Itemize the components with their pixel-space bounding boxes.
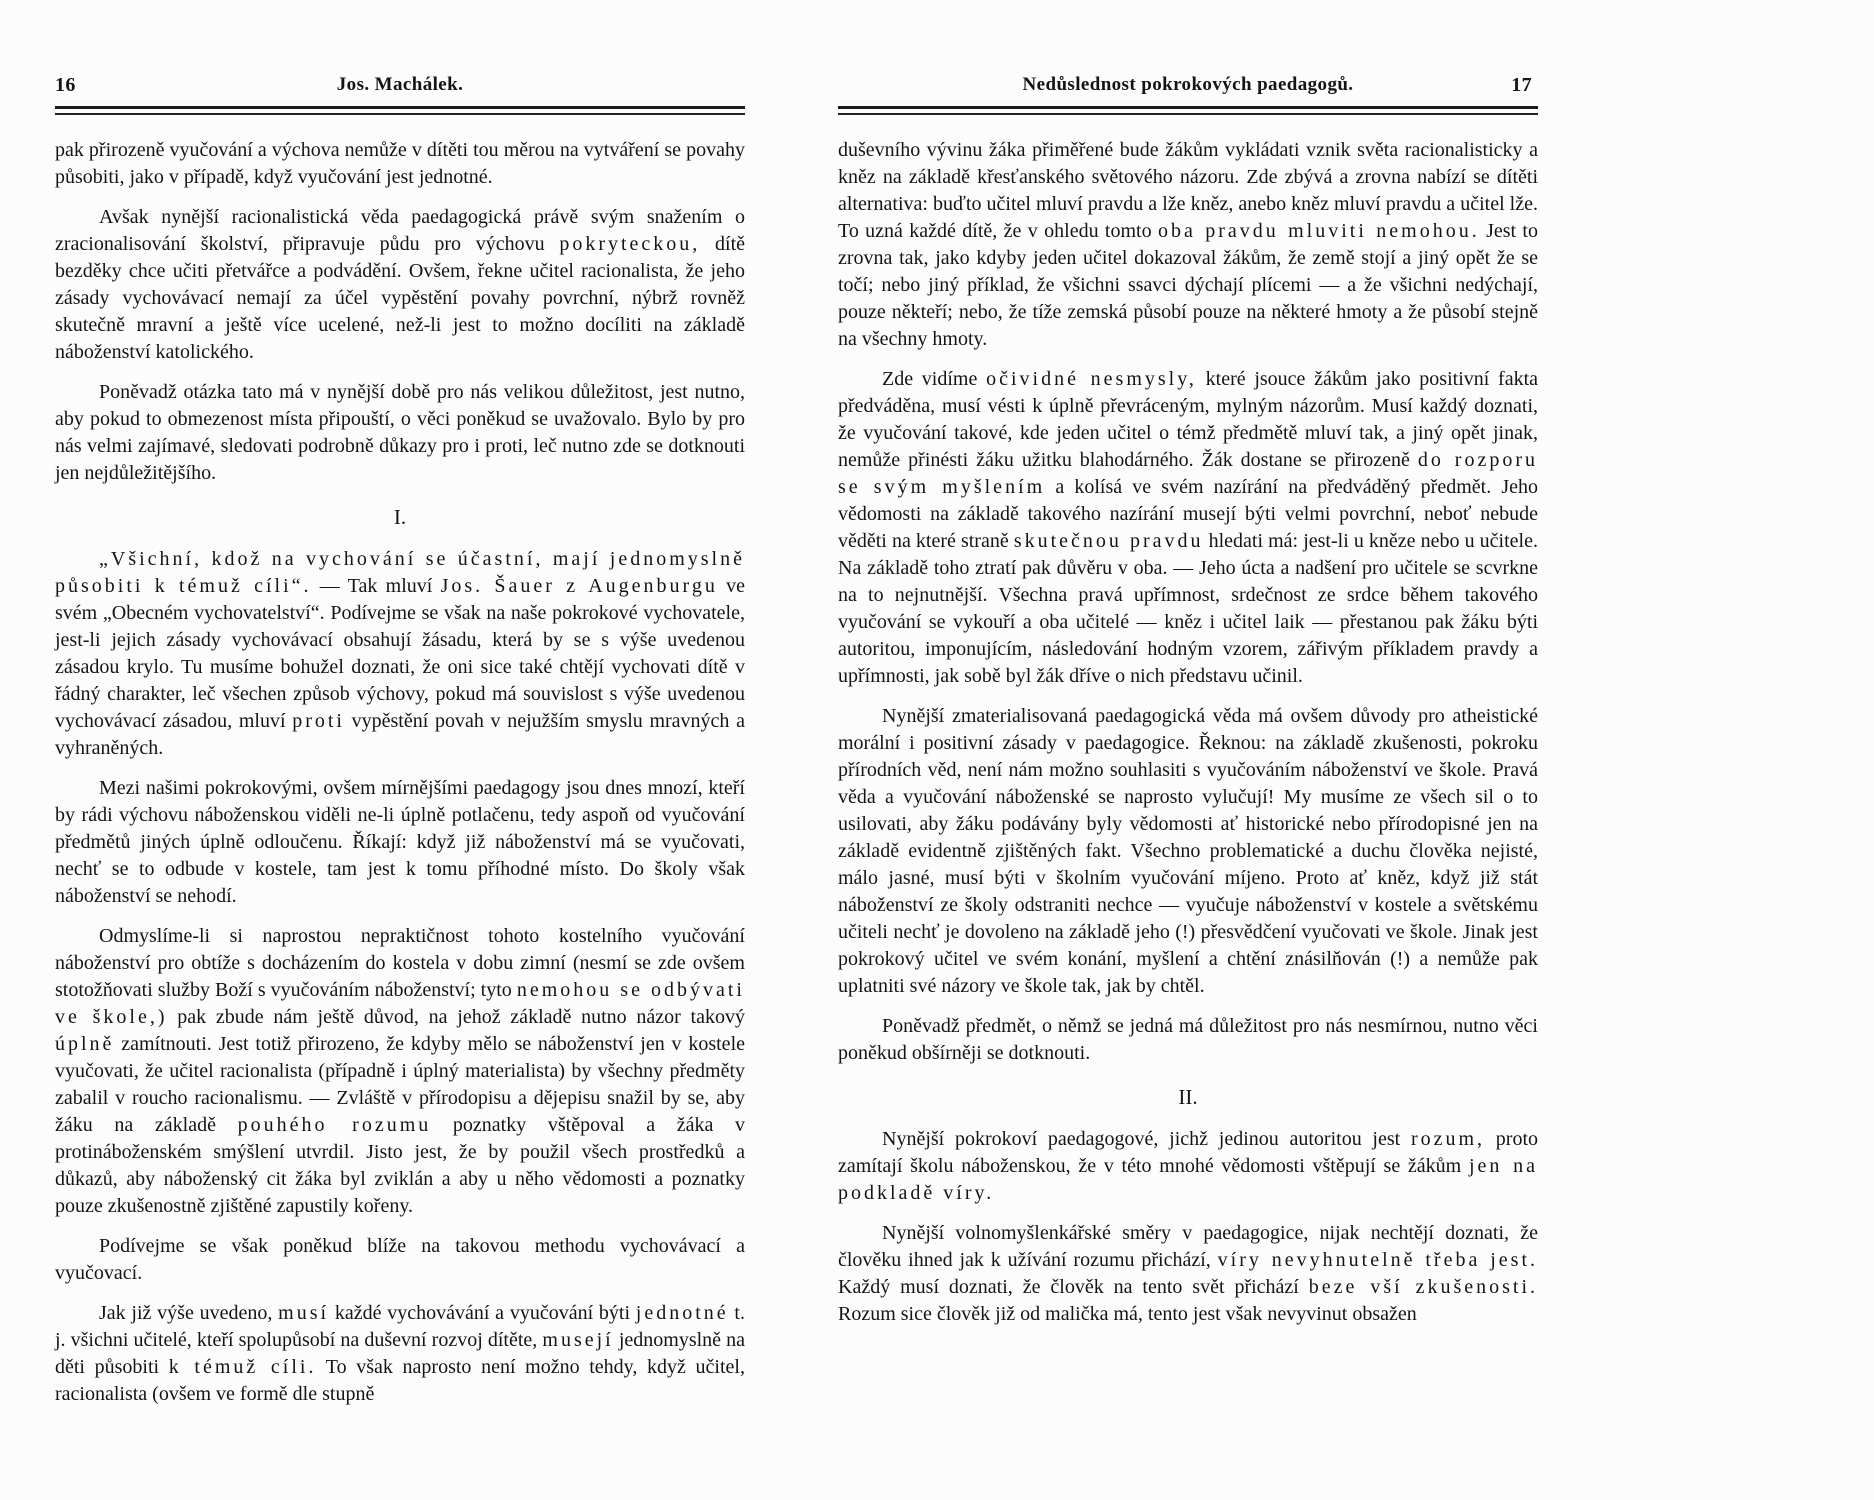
- text-run: Zde vidíme: [882, 368, 986, 390]
- left-page-body: pak přirozeně vyučování a výchova nemůže…: [55, 137, 745, 1408]
- paragraph: Nynější zmaterialisovaná paedagogická vě…: [838, 703, 1538, 1000]
- paragraph: Jak již výše uvedeno, musí každé vychová…: [55, 1300, 745, 1408]
- paragraph: „Všichní, kdož na vychování se účastní, …: [55, 546, 745, 762]
- paragraph: Poněvadž předmět, o němž se jedná má důl…: [838, 1013, 1538, 1067]
- text-run: Každý musí doznati, že člověk na tento s…: [838, 1276, 1309, 1298]
- text-run: Jak již výše uvedeno,: [99, 1302, 278, 1324]
- letter-spaced-emphasis: pokryteckou,: [559, 233, 700, 255]
- text-run: Nynější pokrokoví paedagogové, jichž jed…: [882, 1128, 1411, 1150]
- paragraph: Poněvadž otázka tato má v nynější době p…: [55, 379, 745, 487]
- section-heading: I.: [55, 504, 745, 531]
- letter-spaced-emphasis: víry nevyhnutelně třeba jest.: [1218, 1249, 1538, 1271]
- right-page-body: duševního vývinu žáka přiměřené bude žák…: [838, 137, 1538, 1328]
- paragraph: Podívejme se však poněkud blíže na takov…: [55, 1233, 745, 1287]
- right-header-rule: [838, 106, 1538, 115]
- letter-spaced-emphasis: úplně: [55, 1033, 114, 1055]
- letter-spaced-emphasis: musejí: [542, 1329, 613, 1351]
- text-run: Poněvadž předmět, o němž se jedná má důl…: [838, 1015, 1538, 1064]
- text-run: každé vychovávání a vyučování býti: [329, 1302, 636, 1324]
- letter-spaced-emphasis: rozum,: [1411, 1128, 1485, 1150]
- text-run: Nynější zmaterialisovaná paedagogická vě…: [838, 705, 1538, 997]
- letter-spaced-emphasis: jednotné: [636, 1302, 729, 1324]
- letter-spaced-emphasis: Jos. Šauer z Augenburgu: [441, 575, 718, 597]
- text-run: — Tak mluví: [312, 575, 441, 597]
- left-page: 16 Jos. Machálek. pak přirozeně vyučován…: [55, 72, 745, 1421]
- left-page-running-title: Jos. Machálek.: [55, 74, 745, 96]
- text-run: Mezi našimi pokrokovými, ovšem mírnějším…: [55, 777, 745, 907]
- text-run: I.: [394, 505, 406, 529]
- text-run: Poněvadž otázka tato má v nynější době p…: [55, 381, 745, 484]
- right-page-number: 17: [1511, 74, 1532, 97]
- right-page: Nedůslednost pokrokových paedagogů. 17 d…: [838, 72, 1538, 1341]
- book-scan-spread: 16 Jos. Machálek. pak přirozeně vyučován…: [0, 0, 1874, 1500]
- paragraph: Nynější pokrokoví paedagogové, jichž jed…: [838, 1126, 1538, 1207]
- letter-spaced-emphasis: skutečnou pravdu: [1014, 530, 1204, 552]
- letter-spaced-emphasis: pouhého rozumu: [238, 1114, 432, 1136]
- letter-spaced-emphasis: musí: [278, 1302, 329, 1324]
- paragraph: Nynější volnomyšlenkářské směry v paedag…: [838, 1220, 1538, 1328]
- right-page-running-head: Nedůslednost pokrokových paedagogů. 17: [838, 72, 1538, 102]
- paragraph: Odmyslíme-li si naprostou nepraktičnost …: [55, 923, 745, 1220]
- letter-spaced-emphasis: proti: [292, 710, 345, 732]
- left-page-running-head: 16 Jos. Machálek.: [55, 72, 745, 102]
- paragraph: duševního vývinu žáka přiměřené bude žák…: [838, 137, 1538, 353]
- letter-spaced-emphasis: očividné nesmysly,: [986, 368, 1197, 390]
- paragraph: Mezi našimi pokrokovými, ovšem mírnějším…: [55, 775, 745, 910]
- text-run: hledati má: jest-li u kněze nebo u učite…: [838, 530, 1538, 687]
- letter-spaced-emphasis: k témuž cíli.: [169, 1356, 317, 1378]
- right-page-running-title: Nedůslednost pokrokových paedagogů.: [838, 74, 1538, 96]
- paragraph: Avšak nynější racionalistická věda paeda…: [55, 204, 745, 366]
- text-run: II.: [1178, 1085, 1197, 1109]
- letter-spaced-emphasis: beze vší zkušenosti.: [1309, 1276, 1538, 1298]
- text-run: Rozum sice člověk již od malička má, ten…: [838, 1303, 1417, 1325]
- text-run: ve svém „Obecném vychovatelství“. Podíve…: [55, 575, 745, 732]
- section-heading: II.: [838, 1084, 1538, 1111]
- paragraph: pak přirozeně vyučování a výchova nemůže…: [55, 137, 745, 191]
- left-header-rule: [55, 106, 745, 115]
- letter-spaced-emphasis: oba pravdu mluviti nemohou.: [1158, 220, 1480, 242]
- paragraph: Zde vidíme očividné nesmysly, které jsou…: [838, 366, 1538, 690]
- text-run: pak přirozeně vyučování a výchova nemůže…: [55, 139, 745, 188]
- text-run: pak zbude nám ještě důvod, na jehož zákl…: [168, 1006, 746, 1028]
- text-run: Podívejme se však poněkud blíže na takov…: [55, 1235, 745, 1284]
